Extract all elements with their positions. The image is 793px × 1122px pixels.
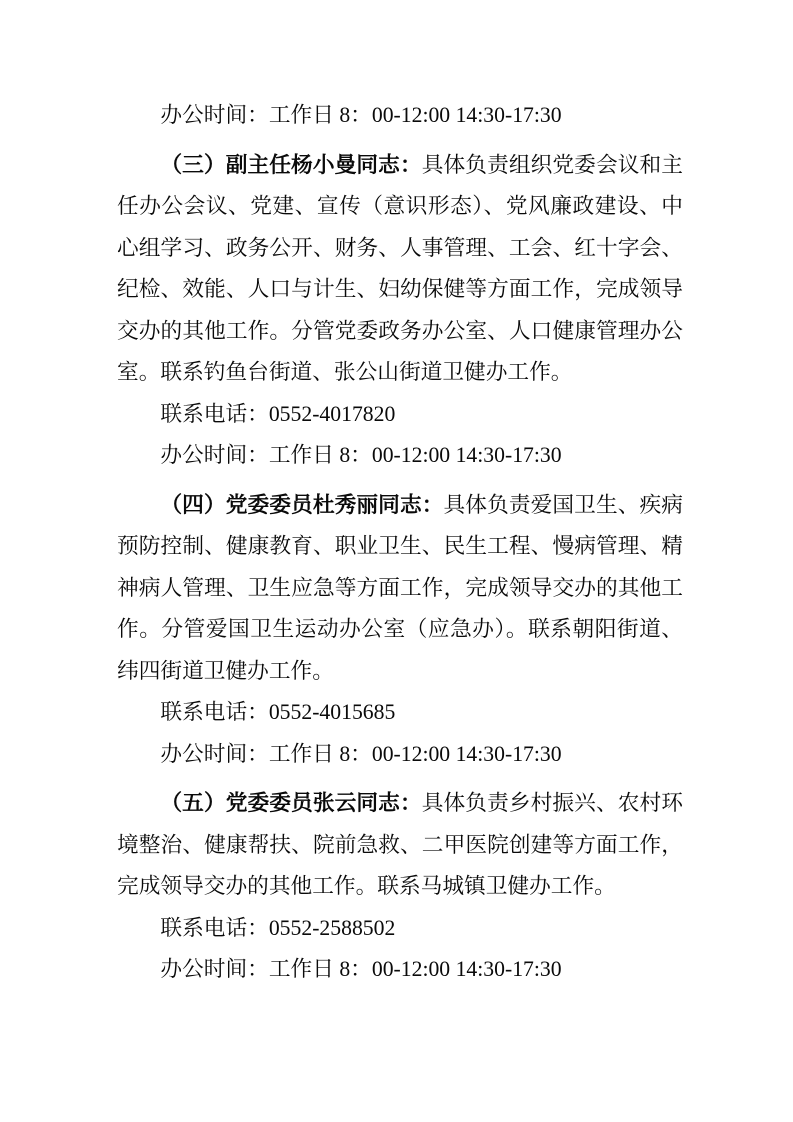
section-body-text: 具体负责爱国卫生、疾病预防控制、健康教育、职业卫生、民生工程、慢病管理、精神病人…: [117, 493, 683, 683]
section-paragraph: （四）党委委员杜秀丽同志：具体负责爱国卫生、疾病预防控制、健康教育、职业卫生、民…: [117, 485, 683, 693]
contact-info-line: 联系电话：0552-4017820: [117, 394, 683, 436]
section-heading: （三）副主任杨小曼同志：: [160, 153, 421, 177]
contact-info-line: 联系电话：0552-2588502: [117, 908, 683, 950]
section-body-text: 具体负责组织党委会议和主任办公会议、党建、宣传（意识形态）、党风廉政建设、中心组…: [117, 153, 683, 385]
section-paragraph: （三）副主任杨小曼同志：具体负责组织党委会议和主任办公会议、党建、宣传（意识形态…: [117, 145, 683, 394]
contact-info-line: 办公时间：工作日 8：00-12:00 14:30-17:30: [117, 949, 683, 991]
contact-info-line: 办公时间：工作日 8：00-12:00 14:30-17:30: [117, 734, 683, 776]
contact-info-line: 办公时间：工作日 8：00-12:00 14:30-17:30: [117, 435, 683, 477]
section-paragraph: （五）党委委员张云同志：具体负责乡村振兴、农村环境整治、健康帮扶、院前急救、二甲…: [117, 783, 683, 908]
document-body: 办公时间：工作日 8：00-12:00 14:30-17:30（三）副主任杨小曼…: [117, 95, 683, 991]
section-heading: （四）党委委员杜秀丽同志：: [160, 493, 443, 517]
document-page: 办公时间：工作日 8：00-12:00 14:30-17:30（三）副主任杨小曼…: [0, 0, 793, 1122]
contact-info-line: 联系电话：0552-4015685: [117, 692, 683, 734]
contact-info-line: 办公时间：工作日 8：00-12:00 14:30-17:30: [117, 95, 683, 137]
section-heading: （五）党委委员张云同志：: [160, 791, 421, 815]
